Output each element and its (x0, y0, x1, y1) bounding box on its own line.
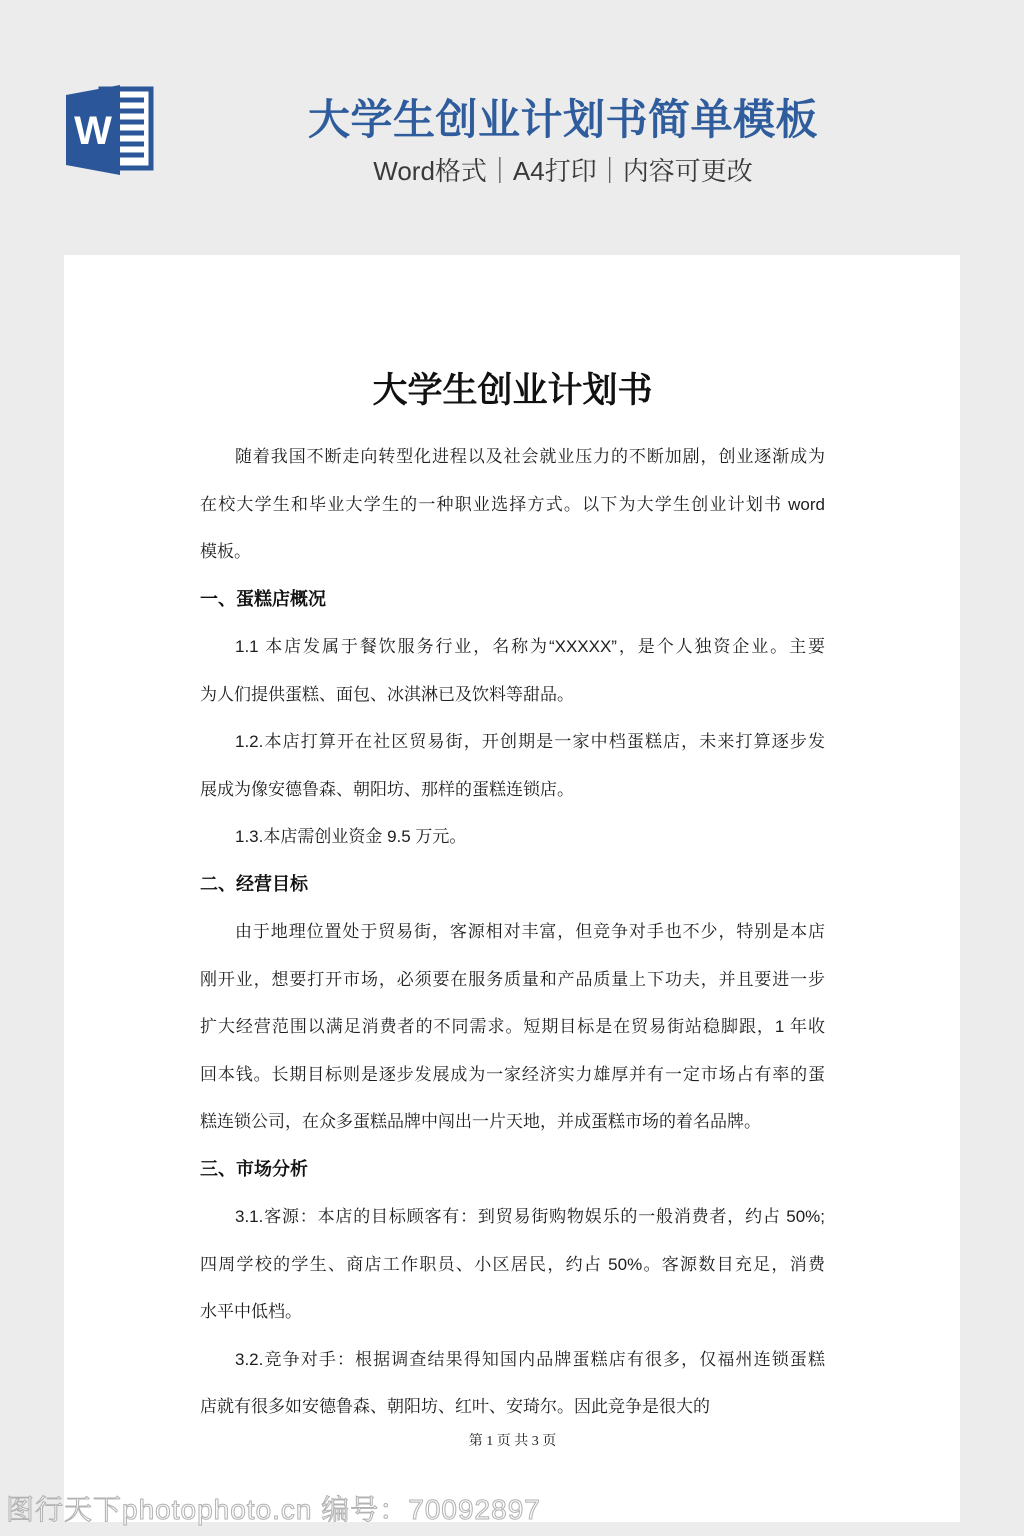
paragraph-line: 水平中低档。 (200, 1288, 825, 1336)
section-heading-3: 三、市场分析 (200, 1146, 825, 1194)
paragraph-line: 1.2.本店打算开在社区贸易街，开创期是一家中档蛋糕店，未来打算逐步发 (200, 718, 825, 766)
paragraph-line: 糕连锁公司，在众多蛋糕品牌中闯出一片天地，并成蛋糕市场的着名品牌。 (200, 1098, 825, 1146)
paragraph-line: 1.3.本店需创业资金 9.5 万元。 (200, 813, 825, 861)
document-page: 大学生创业计划书 随着我国不断走向转型化进程以及社会就业压力的不断加剧，创业逐渐… (64, 255, 960, 1522)
paragraph-line: 模板。 (200, 528, 825, 576)
banner-subtitle: Word格式｜A4打印｜内容可更改 (102, 154, 1024, 188)
top-banner: W 大学生创业计划书简单模板 Word格式｜A4打印｜内容可更改 (0, 0, 1024, 255)
banner-title: 大学生创业计划书简单模板 (102, 94, 1024, 146)
paragraph-line: 店就有很多如安德鲁森、朝阳坊、红叶、安琦尔。因此竞争是很大的 (200, 1383, 825, 1431)
section-heading-2: 二、经营目标 (200, 861, 825, 909)
page-number: 第 1 页 共 3 页 (200, 1432, 825, 1451)
paragraph-line: 展成为像安德鲁森、朝阳坊、那样的蛋糕连锁店。 (200, 766, 825, 814)
paragraph-line: 四周学校的学生、商店工作职员、小区居民，约占 50%。客源数目充足，消费 (200, 1241, 825, 1289)
paragraph-line: 刚开业，想要打开市场，必须要在服务质量和产品质量上下功夫，并且要进一步 (200, 956, 825, 1004)
paragraph-line: 回本钱。长期目标则是逐步发展成为一家经济实力雄厚并有一定市场占有率的蛋 (200, 1051, 825, 1099)
paragraph-line: 随着我国不断走向转型化进程以及社会就业压力的不断加剧，创业逐渐成为 (200, 433, 825, 481)
watermark-text: 图行天下photophoto.cn 编号：70092897 (6, 1488, 541, 1528)
paragraph-line: 3.1.客源：本店的目标顾客有：到贸易街购物娱乐的一般消费者，约占 50%; (200, 1193, 825, 1241)
paragraph-line: 3.2.竞争对手：根据调查结果得知国内品牌蛋糕店有很多，仅福州连锁蛋糕 (200, 1336, 825, 1384)
document-content: 大学生创业计划书 随着我国不断走向转型化进程以及社会就业压力的不断加剧，创业逐渐… (64, 255, 960, 1451)
paragraph-line: 在校大学生和毕业大学生的一种职业选择方式。以下为大学生创业计划书 word (200, 481, 825, 529)
paragraph-line: 由于地理位置处于贸易街，客源相对丰富，但竞争对手也不少，特别是本店 (200, 908, 825, 956)
section-heading-1: 一、蛋糕店概况 (200, 576, 825, 624)
paragraph-line: 1.1 本店发属于餐饮服务行业，名称为“XXXXX”，是个人独资企业。主要 (200, 623, 825, 671)
paragraph-line: 为人们提供蛋糕、面包、冰淇淋已及饮料等甜品。 (200, 671, 825, 719)
document-title: 大学生创业计划书 (200, 367, 825, 415)
paragraph-line: 扩大经营范围以满足消费者的不同需求。短期目标是在贸易街站稳脚跟，1 年收 (200, 1003, 825, 1051)
